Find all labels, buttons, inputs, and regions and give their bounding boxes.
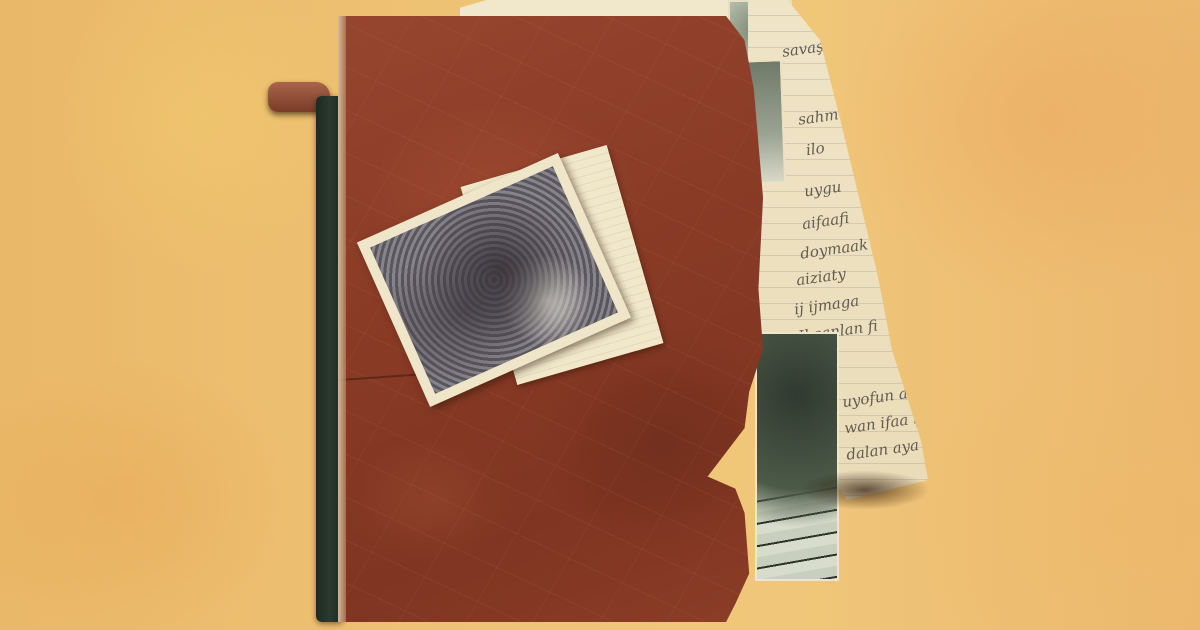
book-page-edge [338,16,346,622]
scene: savaş sahm ilo uygu aifaafi doymaak aizi… [0,0,1200,630]
shadow [800,470,930,510]
letter-line: ilo [805,139,826,159]
background-photo [755,332,839,581]
